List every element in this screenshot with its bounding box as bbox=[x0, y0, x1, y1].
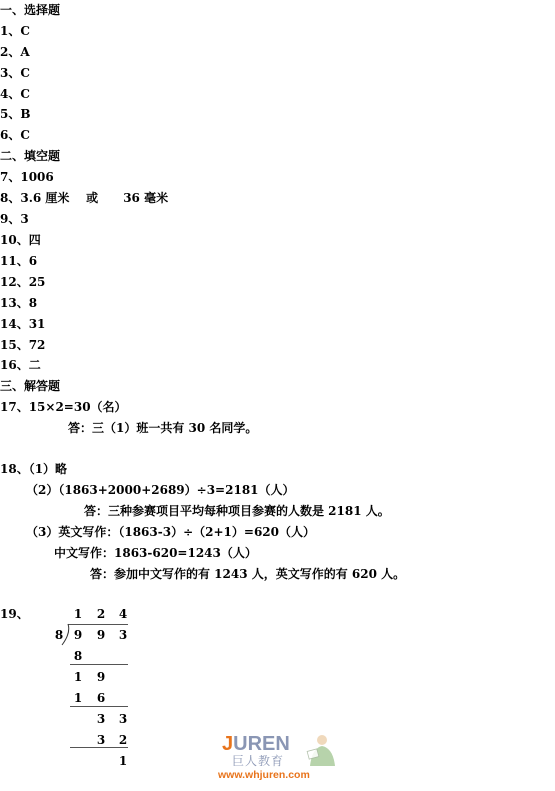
item-answer: 31 bbox=[29, 317, 46, 331]
item-number: 16、 bbox=[0, 358, 29, 372]
q18-part2-answer: 答：三种参赛项目平均每种项目参赛的人数是 2181 人。 bbox=[84, 504, 390, 518]
item-number: 12、 bbox=[0, 275, 29, 289]
q18-part3-answer: 答：参加中文写作的有 1243 人，英文写作的有 620 人。 bbox=[90, 567, 405, 581]
item-number: 3、 bbox=[0, 66, 20, 80]
item-answer: 二 bbox=[29, 358, 41, 372]
item-number: 8、 bbox=[0, 191, 20, 205]
step3-digit: 3 bbox=[116, 712, 130, 726]
step2-digit: 9 bbox=[94, 670, 108, 684]
step3-subtrahend-digit: 3 bbox=[94, 733, 108, 747]
item-number: 5、 bbox=[0, 107, 20, 121]
answer-item-13: 13、8 bbox=[0, 296, 37, 310]
answer-item-14: 14、31 bbox=[0, 317, 45, 331]
step3-subtrahend-digit: 2 bbox=[116, 733, 130, 747]
answer-item-9: 9、3 bbox=[0, 212, 29, 226]
dividend-digit: 3 bbox=[116, 628, 130, 642]
step3-digit: 3 bbox=[94, 712, 108, 726]
section-heading-choice: 一、选择题 bbox=[0, 3, 60, 17]
answer-item-4: 4、C bbox=[0, 87, 30, 101]
item-answer: C bbox=[20, 87, 30, 101]
logo-chinese-name: 巨人教育 bbox=[232, 754, 284, 768]
item-number: 10、 bbox=[0, 233, 29, 247]
item-answer: B bbox=[20, 107, 30, 121]
item-answer: C bbox=[20, 128, 30, 142]
answer-item-7: 7、1006 bbox=[0, 170, 54, 184]
item-number: 9、 bbox=[0, 212, 20, 226]
item-answer: 25 bbox=[29, 275, 46, 289]
q17-equation: 17、15×2=30（名） bbox=[0, 400, 127, 414]
item-answer: 1006 bbox=[20, 170, 53, 184]
quotient-digit: 2 bbox=[94, 607, 108, 621]
step2-line bbox=[70, 706, 128, 707]
logo-url: www.whjuren.com bbox=[218, 769, 310, 781]
item-answer: 四 bbox=[29, 233, 41, 247]
item-number: 13、 bbox=[0, 296, 29, 310]
remainder: 1 bbox=[116, 754, 130, 768]
answer-item-15: 15、72 bbox=[0, 338, 45, 352]
item-answer: 6 bbox=[29, 254, 37, 268]
item-answer: 8 bbox=[29, 296, 37, 310]
quotient-digit: 1 bbox=[71, 607, 85, 621]
item-number: 11、 bbox=[0, 254, 29, 268]
answer-item-5: 5、B bbox=[0, 107, 31, 121]
answer-item-11: 11、6 bbox=[0, 254, 37, 268]
answer-item-6: 6、C bbox=[0, 128, 30, 142]
dividend-digit: 9 bbox=[71, 628, 85, 642]
answer-item-1: 1、C bbox=[0, 24, 30, 38]
step2-digit: 1 bbox=[71, 670, 85, 684]
q18-part1: 18、（1）略 bbox=[0, 462, 67, 476]
q18-part3-english: （3）英文写作：（1863-3）÷（2+1）=620（人） bbox=[26, 525, 315, 539]
juren-watermark-logo: JUREN 巨人教育 www.whjuren.com bbox=[218, 734, 340, 786]
item-number: 7、 bbox=[0, 170, 20, 184]
q18-part2: （2）（1863+2000+2689）÷3=2181（人） bbox=[26, 483, 295, 497]
q19-label: 19、 bbox=[0, 607, 29, 621]
item-answer: C bbox=[20, 24, 30, 38]
answer-item-16: 16、二 bbox=[0, 358, 41, 372]
mascot-figure-icon bbox=[302, 734, 338, 768]
step3-line bbox=[70, 747, 128, 748]
item-number: 6、 bbox=[0, 128, 20, 142]
item-answer: 3 bbox=[20, 212, 28, 226]
logo-wordmark: JUREN bbox=[222, 734, 290, 754]
item-answer: 3.6 厘米 或 36 毫米 bbox=[20, 191, 168, 205]
answer-item-2: 2、A bbox=[0, 45, 30, 59]
step1-line bbox=[70, 664, 128, 665]
section-heading-solve: 三、解答题 bbox=[0, 379, 60, 393]
answer-item-12: 12、25 bbox=[0, 275, 45, 289]
answer-item-8: 8、3.6 厘米 或 36 毫米 bbox=[0, 191, 168, 205]
item-number: 2、 bbox=[0, 45, 20, 59]
answer-item-10: 10、四 bbox=[0, 233, 41, 247]
item-answer: C bbox=[20, 66, 30, 80]
item-number: 15、 bbox=[0, 338, 29, 352]
step2-subtrahend-digit: 6 bbox=[94, 691, 108, 705]
division-bar bbox=[68, 624, 128, 625]
step1-subtrahend: 8 bbox=[71, 649, 85, 663]
item-answer: 72 bbox=[29, 338, 46, 352]
item-answer: A bbox=[20, 45, 29, 59]
item-number: 1、 bbox=[0, 24, 20, 38]
answer-item-3: 3、C bbox=[0, 66, 30, 80]
step2-subtrahend-digit: 1 bbox=[71, 691, 85, 705]
item-number: 4、 bbox=[0, 87, 20, 101]
q18-part3-chinese: 中文写作：1863-620=1243（人） bbox=[54, 546, 257, 560]
section-heading-fill: 二、填空题 bbox=[0, 149, 60, 163]
dividend-digit: 9 bbox=[94, 628, 108, 642]
item-number: 14、 bbox=[0, 317, 29, 331]
quotient-digit: 4 bbox=[116, 607, 130, 621]
q17-answer: 答：三（1）班一共有 30 名同学。 bbox=[68, 421, 257, 435]
